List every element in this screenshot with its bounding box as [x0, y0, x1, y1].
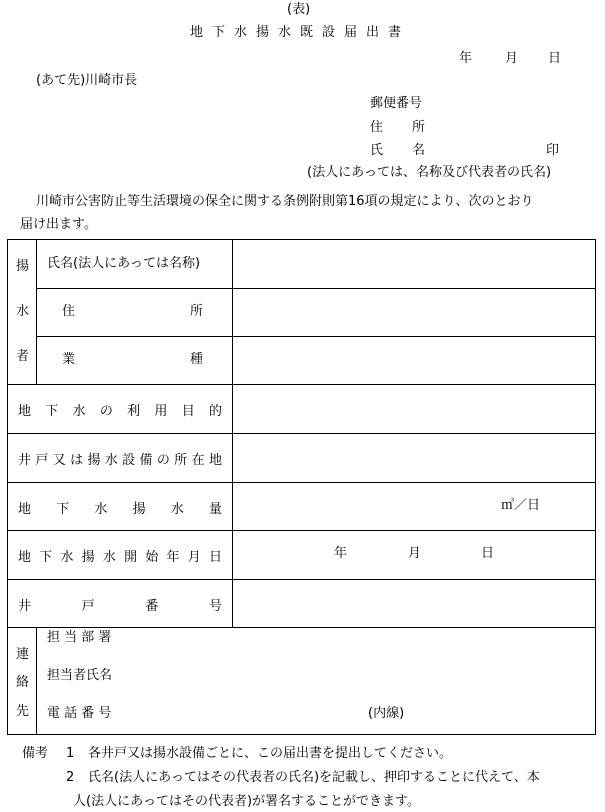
contact-person-input[interactable]	[140, 664, 590, 686]
remark-text-continued: 人(法人にあってはその代表者)が署名することができます。	[73, 794, 420, 810]
date-month: 月	[505, 51, 518, 67]
pumper-address-label-2: 所	[190, 304, 203, 320]
usage-purpose-input[interactable]	[234, 385, 594, 432]
page-title: 地下水揚水既設届出書	[190, 25, 410, 41]
pumper-business-label-1: 業	[62, 352, 75, 368]
col-divider	[36, 239, 37, 384]
remark-text: 氏名(法人にあってはその代表者の氏名)を記載し、押印することに代えて、本	[88, 770, 540, 786]
pumper-group-char: 水	[16, 304, 29, 320]
contact-phone-label: 電 話 番 号	[47, 706, 111, 722]
pumper-business-input[interactable]	[234, 337, 594, 383]
pumper-group-char: 者	[16, 349, 29, 365]
applicant-address-label-2: 所	[412, 120, 425, 136]
date-day: 日	[548, 51, 561, 67]
pumper-name-input[interactable]	[234, 240, 594, 287]
well-number-label: 井戸番号	[18, 595, 222, 614]
applicant-name-label-2: 名	[412, 143, 425, 159]
volume-unit: ㎥／日	[501, 498, 540, 514]
pumper-address-input[interactable]	[234, 289, 594, 335]
contact-ext-label: (内線)	[368, 706, 404, 722]
col-divider	[232, 239, 233, 627]
usage-purpose-label: 地下水の利用目的	[18, 400, 222, 419]
applicant-name-label-1: 氏	[370, 143, 383, 159]
applicant-note: (法人にあっては、名称及び代表者の氏名)	[307, 165, 551, 181]
col-divider	[36, 627, 37, 735]
pumper-group-char: 揚	[16, 259, 29, 275]
well-location-label: 井戸又は揚水設備の所在地	[18, 449, 222, 468]
pumper-address-label-1: 住	[62, 304, 75, 320]
well-location-input[interactable]	[234, 434, 594, 481]
contact-group-char: 先	[16, 704, 29, 720]
contact-phone-input[interactable]	[140, 702, 360, 724]
seal-mark: 印	[546, 143, 559, 159]
pumper-name-label: 氏名(法人にあっては名称)	[47, 256, 200, 272]
pump-volume-label: 地下水揚水量	[18, 498, 222, 517]
contact-dept-label: 担 当 部 署	[47, 630, 111, 646]
contact-group-char: 連	[16, 647, 29, 663]
intro-line-1: 川崎市公害防止等生活環境の保全に関する条例附則第16項の規定により、次のとおり	[36, 194, 534, 210]
postal-code-label: 郵便番号	[370, 96, 422, 112]
applicant-address-label-1: 住	[370, 120, 383, 136]
start-day: 日	[481, 546, 494, 562]
remark-number: 1	[66, 746, 74, 762]
contact-dept-input[interactable]	[140, 628, 590, 650]
addressee: (あて先)川崎市長	[36, 73, 137, 89]
remarks-label: 備考	[22, 746, 48, 762]
contact-group-char: 絡	[16, 675, 29, 691]
remark-number: 2	[66, 770, 74, 786]
start-month: 月	[408, 546, 421, 562]
well-number-input[interactable]	[234, 580, 594, 626]
side-label: (表)	[287, 2, 310, 18]
start-year: 年	[334, 546, 347, 562]
remark-text: 各井戸又は揚水設備ごとに、この届出書を提出してください。	[88, 746, 452, 762]
date-year: 年	[459, 51, 472, 67]
pump-start-date-label: 地下水揚水開始年月日	[18, 546, 222, 565]
contact-person-label: 担当者氏名	[47, 668, 112, 684]
pumper-business-label-2: 種	[190, 352, 203, 368]
intro-line-2: 届け出ます。	[20, 217, 97, 233]
